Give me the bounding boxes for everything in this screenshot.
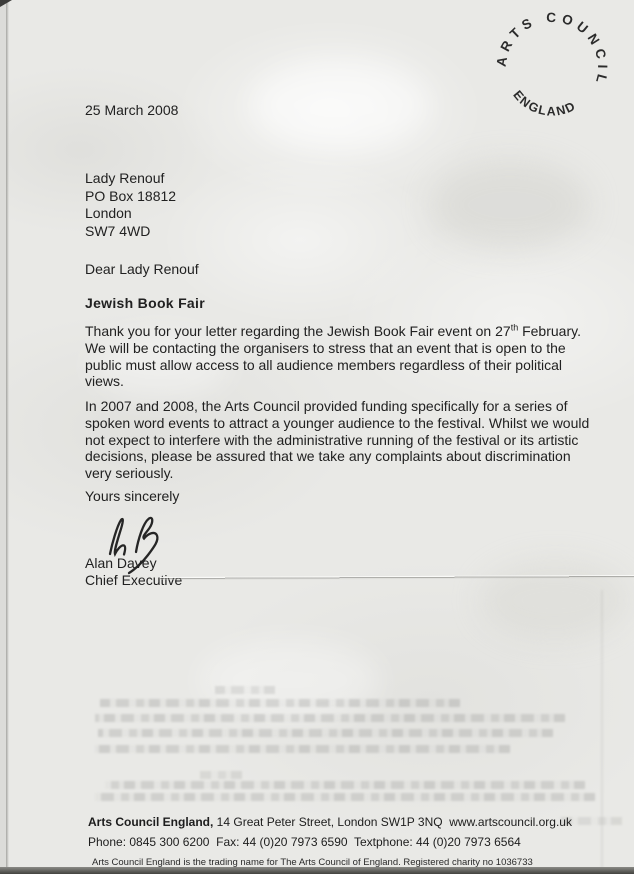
subject-line: Jewish Book Fair — [85, 295, 205, 312]
body-paragraph-1: Thank you for your letter regarding the … — [85, 323, 599, 390]
paper-texture-blotch — [480, 560, 630, 640]
body-paragraph-1-text: Thank you for your letter regarding the … — [85, 323, 511, 339]
scanned-letter-page: ARTS COUNCIL ENGLAND 25 March 2008 Lady … — [0, 0, 634, 874]
footer-contact-line: Phone: 0845 300 6200 Fax: 44 (0)20 7973 … — [88, 835, 521, 849]
signatory-title: Chief Executive — [85, 572, 182, 589]
recipient-address: Lady Renouf PO Box 18812 London SW7 4WD — [85, 170, 176, 240]
arts-council-england-logo: ARTS COUNCIL ENGLAND — [469, 0, 634, 142]
show-through-text — [215, 686, 275, 694]
show-through-text — [95, 793, 595, 801]
paper-edge-shadow — [6, 0, 9, 874]
recipient-name: Lady Renouf — [85, 170, 176, 188]
paper-texture-blotch — [250, 60, 430, 150]
paper-texture-blotch — [200, 640, 380, 720]
svg-text:ARTS COUNCIL: ARTS COUNCIL — [493, 0, 621, 89]
letter-date: 25 March 2008 — [85, 102, 178, 119]
recipient-po-box: PO Box 18812 — [85, 188, 176, 206]
closing-line: Yours sincerely — [85, 488, 179, 505]
show-through-text — [200, 771, 242, 779]
recipient-postcode: SW7 4WD — [85, 223, 176, 241]
show-through-text — [95, 714, 565, 722]
paper-texture-blotch — [430, 160, 590, 250]
fold-crease — [160, 575, 634, 580]
footer-org-name: Arts Council England, — [88, 815, 213, 829]
logo-arc-bottom-text: ENGLAND — [507, 86, 580, 125]
show-through-text — [105, 781, 585, 789]
body-paragraph-2: In 2007 and 2008, the Arts Council provi… — [85, 398, 599, 482]
vertical-crease — [601, 590, 603, 874]
signatory-name: Alan Davey — [85, 555, 157, 572]
svg-text:ENGLAND: ENGLAND — [507, 86, 580, 125]
salutation: Dear Lady Renouf — [85, 261, 199, 278]
show-through-text — [100, 699, 460, 707]
show-through-text — [98, 729, 553, 737]
show-through-text — [95, 745, 510, 753]
logo-arc-top-text: ARTS COUNCIL — [493, 0, 621, 89]
recipient-city: London — [85, 205, 176, 223]
footer-street-address: 14 Great Peter Street, London SW1P 3NQ w… — [213, 815, 572, 829]
scanner-edge-bottom — [0, 867, 634, 874]
footer-address-line: Arts Council England, 14 Great Peter Str… — [88, 815, 572, 829]
